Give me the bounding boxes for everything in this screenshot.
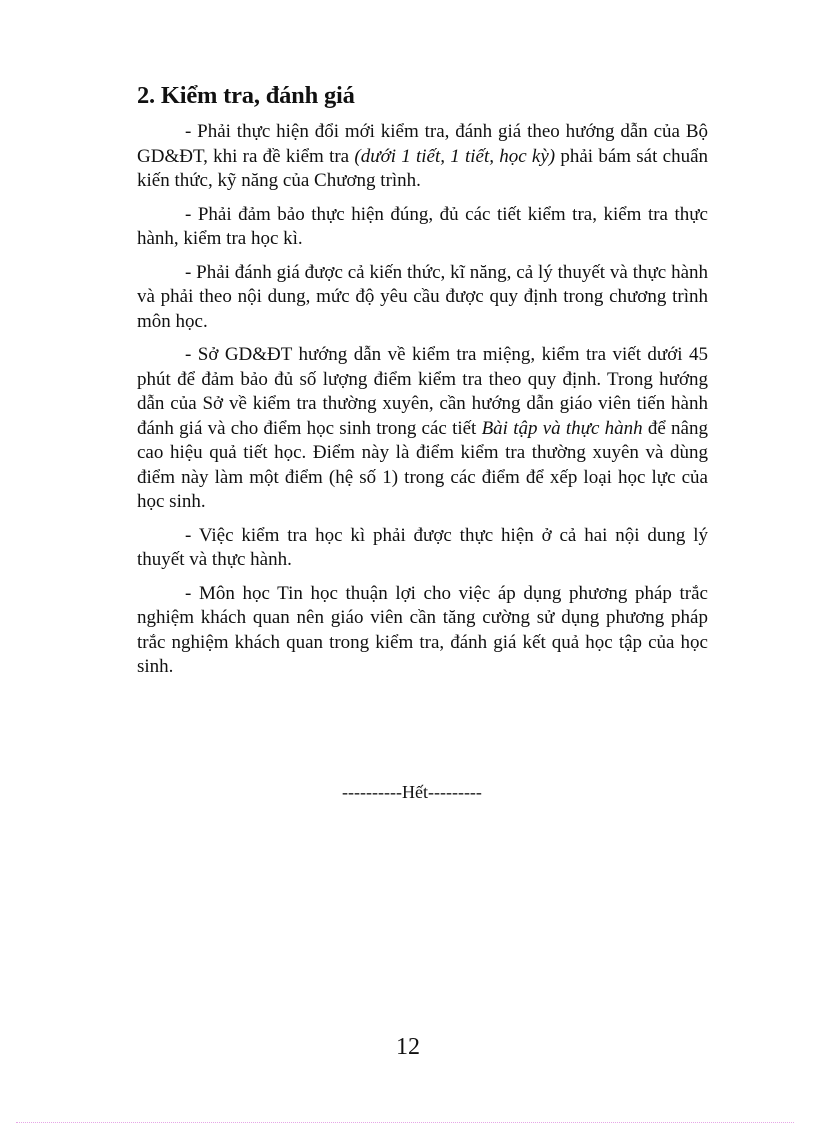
paragraph-semester-test: - Việc kiểm tra học kì phải được thực hi… <box>137 524 708 573</box>
paragraph-department-guidance: - Sở GD&ĐT hướng dẫn về kiểm tra miệng, … <box>137 343 708 515</box>
paragraph-testing-reform: - Phải thực hiện đổi mới kiểm tra, đánh … <box>137 120 708 194</box>
paragraph-ensure-tests: - Phải đảm bảo thực hiện đúng, đủ các ti… <box>137 203 708 252</box>
end-of-section-mark: ----------Hết--------- <box>0 780 816 804</box>
page-number: 12 <box>0 1033 816 1061</box>
section-heading: 2. Kiểm tra, đánh giá <box>137 80 708 112</box>
paragraph-italic-text: Bài tập và thực hành <box>482 418 643 439</box>
paragraph-objective-testing: - Môn học Tin học thuận lợi cho việc áp … <box>137 582 708 680</box>
page-content: 2. Kiểm tra, đánh giá - Phải thực hiện đ… <box>137 80 708 689</box>
paragraph-evaluate-knowledge: - Phải đánh giá được cả kiến thức, kĩ nă… <box>137 261 708 335</box>
document-page: 2. Kiểm tra, đánh giá - Phải thực hiện đ… <box>0 0 816 1123</box>
paragraph-italic-text: (dưới 1 tiết, 1 tiết, học kỳ) <box>354 146 555 167</box>
